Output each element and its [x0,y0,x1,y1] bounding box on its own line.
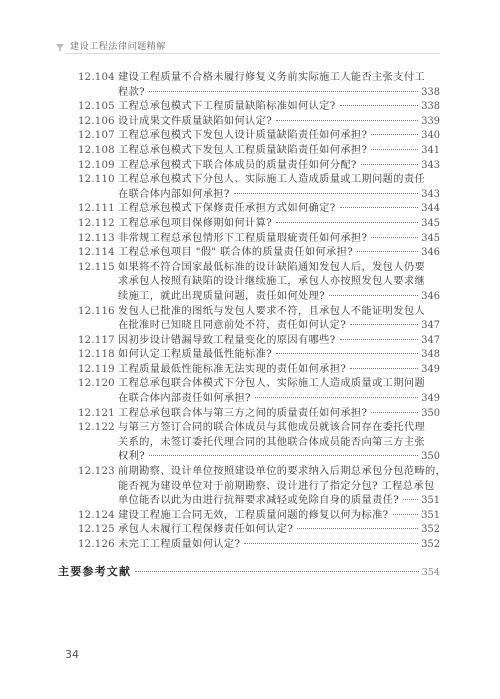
entry-title: 因初步设计错漏导致工程量变化的原因有哪些? [118,334,336,349]
header-rule [66,53,440,54]
section-number: 12.120 [78,377,118,392]
entry-title: 非常规工程总承包情形下工程质量瑕疵责任如何承担? [118,232,367,247]
dot-leader [371,411,418,413]
toc-line: 12.118如何认定工程质量最低性能标准?348 [78,348,440,363]
dot-leader [371,133,418,135]
toc-line: 12.109工程总承包模式下联合体成员的质量责任如何分配?343 [78,159,440,174]
entry-title: 与第三方签订合同的联合体成员与其他成员就该合同存在委托代理 [118,421,425,436]
toc-entry[interactable]: 12.111工程总承包模式下保修责任承担方式如何确定?344 [78,202,440,217]
toc-line: 在批准时已知晓且同意前处不符，责任如何认定?347 [78,319,440,334]
entry-title: 在联合体内部责任如何承担? [118,392,251,407]
toc-entry[interactable]: 12.119工程质量最低性能标准无法实现的责任如何承担?349 [78,363,440,378]
toc-line: 12.110工程总承包模式下分包人、实际施工人造成质量或工期问题的责任 [78,173,440,188]
page-ref: 352 [421,523,440,538]
triangle-stem [59,48,61,51]
dot-leader [149,454,418,456]
page-ref: 340 [421,129,440,144]
entry-title: 工程总承包模式下保修责任承担方式如何确定? [118,202,336,217]
dot-leader [276,352,418,354]
toc-line: 12.126未完工工程质量如何认定?352 [78,538,440,553]
toc-entry[interactable]: 12.121工程总承包联合体与第三方之间的质量责任如何承担?350 [78,407,440,422]
dot-leader [371,148,418,150]
dot-leader [329,294,418,296]
entry-title: 前期勘察、设计单位按照建设单位的要求纳入后期总承包分包范畴的， [118,465,446,480]
page-ref: 346 [421,290,440,305]
dot-leader [350,367,418,369]
section-number: 12.107 [78,129,118,144]
toc-entry[interactable]: 12.108工程总承包模式下发包人工程质量缺陷责任如何承担?341 [78,144,440,159]
section-number: 12.123 [78,465,118,480]
toc-line: 在联合体内部责任如何承担?349 [78,392,440,407]
page-ref: 346 [421,246,440,261]
toc-line: 单位能否以此为由进行抗辩要求减轻或免除自身的质量责任?351 [78,494,440,509]
dot-leader [350,323,418,325]
toc-entry[interactable]: 12.125承包人未履行工程保修责任如何认定?352 [78,523,440,538]
section-number: 12.110 [78,173,118,188]
section-number: 12.117 [78,334,118,349]
entry-title: 工程总承包模式下发包人设计质量缺陷责任如何承担? [118,129,367,144]
toc-line: 12.107工程总承包模式下发包人设计质量缺陷责任如何承担?340 [78,129,440,144]
entry-title: 工程总承包模式下发包人工程质量缺陷责任如何承担? [118,144,367,159]
entry-title: 工程总承包项目 "假" 联合体的质量责任如何承担? [118,246,353,261]
page-ref: 344 [421,202,440,217]
toc-entry[interactable]: 12.122与第三方签订合同的联合体成员与其他成员就该合同存在委托代理关系的，未… [78,421,440,465]
section-number: 12.118 [78,348,118,363]
toc-entry[interactable]: 12.105工程总承包模式下工程质量缺陷标准如何认定?338 [78,100,440,115]
toc-entry[interactable]: 12.104建设工程质量不合格未履行修复义务前实际施工人能否主张支付工程款?33… [78,71,440,100]
toc-line: 12.115如果将不符合国家最低标准的设计缺陷通知发包人后，发包人仍要 [78,261,440,276]
section-number: 12.126 [78,538,118,553]
entry-title: 设计成果文件质量缺陷如何认定? [118,115,272,130]
dot-leader [361,163,419,165]
toc-line: 权利?350 [78,450,440,465]
entry-title: 工程总承包模式下工程质量缺陷标准如何认定? [118,100,336,115]
entry-title: 发包人已批准的图纸与发包人要求不符，且承包人不能证明发包人 [118,305,425,320]
section-number: 12.125 [78,523,118,538]
toc-line: 12.104建设工程质量不合格未履行修复义务前实际施工人能否主张支付工 [78,71,440,86]
entry-title: 权利? [118,450,145,465]
toc-entry[interactable]: 12.120工程总承包联合体模式下分包人、实际施工人造成质量或工期问题在联合体内… [78,377,440,406]
toc-line: 12.113非常规工程总承包情形下工程质量瑕疵责任如何承担?345 [78,232,440,247]
toc-entry[interactable]: 12.124建设工程施工合同无效，工程质量问题的修复以何为标准?351 [78,509,440,524]
entry-title: 未完工工程质量如何认定? [118,538,240,553]
entry-title: 工程总承包联合体模式下分包人、实际施工人造成质量或工期问题 [118,377,425,392]
toc-line: 12.121工程总承包联合体与第三方之间的质量责任如何承担?350 [78,407,440,422]
book-title: 建设工程法律问题精解 [70,39,166,52]
section-number: 12.114 [78,246,118,261]
toc-line: 12.120工程总承包联合体模式下分包人、实际施工人造成质量或工期问题 [78,377,440,392]
references-title: 主要参考文献 [58,563,131,579]
toc-entry-references[interactable]: 主要参考文献 354 [58,563,440,579]
toc-entry[interactable]: 12.116发包人已批准的图纸与发包人要求不符，且承包人不能证明发包人在批准时已… [78,305,440,334]
entry-title: 续施工，就此出现质量问题，责任如何处理? [118,290,325,305]
running-header: 建设工程法律问题精解 [56,38,440,56]
toc-entry[interactable]: 12.117因初步设计错漏导致工程量变化的原因有哪些?347 [78,334,440,349]
section-number: 12.115 [78,261,118,276]
page-ref: 339 [421,115,440,130]
dot-leader [357,250,418,252]
page-ref: 345 [421,217,440,232]
entry-title: 在批准时已知晓且同意前处不符，责任如何认定? [118,319,346,334]
entry-title: 工程总承包联合体与第三方之间的质量责任如何承担? [118,407,367,422]
toc-line: 关系的，未签订委托代理合同的其他联合体成员能否向第三方主张 [78,436,440,451]
dot-leader [340,104,419,106]
toc-line: 程款?338 [78,86,440,101]
toc-entry[interactable]: 12.110工程总承包模式下分包人、实际施工人造成质量或工期问题的责任在联合体内… [78,173,440,202]
entry-title: 单位能否以此为由进行抗辩要求减轻或免除自身的质量责任? [118,494,399,509]
toc-entry[interactable]: 12.107工程总承包模式下发包人设计质量缺陷责任如何承担?340 [78,129,440,144]
entry-title: 关系的，未签订委托代理合同的其他联合体成员能否向第三方主张 [118,436,425,451]
section-number: 12.109 [78,159,118,174]
entry-title: 工程总承包项目保修期如何计算? [118,217,272,232]
dot-leader [340,338,419,340]
toc-line: 12.123前期勘察、设计单位按照建设单位的要求纳入后期总承包分包范畴的， [78,465,440,480]
toc-line: 续施工，就此出现质量问题，责任如何处理?346 [78,290,440,305]
toc-line: 12.114工程总承包项目 "假" 联合体的质量责任如何承担?346 [78,246,440,261]
toc-line: 12.106设计成果文件质量缺陷如何认定?339 [78,115,440,130]
toc-entry[interactable]: 12.106设计成果文件质量缺陷如何认定?339 [78,115,440,130]
table-of-contents: 12.104建设工程质量不合格未履行修复义务前实际施工人能否主张支付工程款?33… [78,71,440,553]
section-number: 12.111 [78,202,118,217]
page-ref: 351 [421,509,440,524]
toc-entry[interactable]: 12.123前期勘察、设计单位按照建设单位的要求纳入后期总承包分包范畴的，能否视… [78,465,440,509]
section-number: 12.104 [78,71,118,86]
section-number: 12.122 [78,421,118,436]
page-ref: 349 [421,363,440,378]
page-ref: 347 [421,334,440,349]
toc-line: 12.112工程总承包项目保修期如何计算?345 [78,217,440,232]
page-ref: 338 [421,100,440,115]
toc-line: 12.105工程总承包模式下工程质量缺陷标准如何认定?338 [78,100,440,115]
dot-leader [276,221,418,223]
page-ref: 351 [421,494,440,509]
section-number: 12.124 [78,509,118,524]
section-number: 12.105 [78,100,118,115]
entry-title: 建设工程施工合同无效，工程质量问题的修复以何为标准? [118,509,389,524]
dot-leader [255,396,418,398]
dot-leader [393,513,419,515]
page-ref: 350 [421,407,440,422]
entry-title: 求承包人按照有缺陷的设计继续施工，承包人亦按照发包人要求继 [118,275,425,290]
dot-leader [149,90,418,92]
page-ref: 341 [421,144,440,159]
toc-line: 12.108工程总承包模式下发包人工程质量缺陷责任如何承担?341 [78,144,440,159]
entry-title: 能否视为建设单位对于前期勘察、设计进行了指定分包? 工程总承包 [118,480,435,495]
entry-title: 建设工程质量不合格未履行修复义务前实际施工人能否主张支付工 [118,71,425,86]
entry-title: 如何认定工程质量最低性能标准? [118,348,272,363]
section-number: 12.119 [78,363,118,378]
references-page: 354 [422,567,440,578]
section-number: 12.116 [78,305,118,320]
toc-line: 12.116发包人已批准的图纸与发包人要求不符，且承包人不能证明发包人 [78,305,440,320]
toc-line: 求承包人按照有缺陷的设计继续施工，承包人亦按照发包人要求继 [78,275,440,290]
toc-line: 12.117因初步设计错漏导致工程量变化的原因有哪些?347 [78,334,440,349]
entry-title: 工程总承包模式下分包人、实际施工人造成质量或工期问题的责任 [118,173,425,188]
page-ref: 343 [421,188,440,203]
section-number: 12.121 [78,407,118,422]
section-number: 12.106 [78,115,118,130]
dot-leader [371,236,418,238]
entry-title: 工程质量最低性能标准无法实现的责任如何承担? [118,363,346,378]
entry-title: 承包人未履行工程保修责任如何认定? [118,523,293,538]
section-number: 12.113 [78,232,118,247]
entry-title: 如果将不符合国家最低标准的设计缺陷通知发包人后，发包人仍要 [118,261,425,276]
toc-entry[interactable]: 12.113非常规工程总承包情形下工程质量瑕疵责任如何承担?345 [78,232,440,247]
page-ref: 347 [421,319,440,334]
dot-leader [234,192,419,194]
dot-leader [276,119,418,121]
toc-entry[interactable]: 12.114工程总承包项目 "假" 联合体的质量责任如何承担?346 [78,246,440,261]
page-ref: 348 [421,348,440,363]
page-ref: 349 [421,392,440,407]
toc-entry[interactable]: 12.126未完工工程质量如何认定?352 [78,538,440,553]
toc-entry[interactable]: 12.109工程总承包模式下联合体成员的质量责任如何分配?343 [78,159,440,174]
dot-leader [135,570,418,572]
toc-line: 在联合体内部如何承担?343 [78,188,440,203]
toc-entry[interactable]: 12.115如果将不符合国家最低标准的设计缺陷通知发包人后，发包人仍要求承包人按… [78,261,440,305]
page-ref: 345 [421,232,440,247]
toc-entry[interactable]: 12.112工程总承包项目保修期如何计算?345 [78,217,440,232]
page-ref: 350 [421,450,440,465]
toc-line: 12.124建设工程施工合同无效，工程质量问题的修复以何为标准?351 [78,509,440,524]
section-number: 12.112 [78,217,118,232]
dot-leader [244,542,418,544]
entry-title: 在联合体内部如何承担? [118,188,230,203]
entry-title: 程款? [118,86,145,101]
dot-leader [403,498,418,500]
dot-leader [297,527,418,529]
toc-line: 12.111工程总承包模式下保修责任承担方式如何确定?344 [78,202,440,217]
toc-line: 12.122与第三方签订合同的联合体成员与其他成员就该合同存在委托代理 [78,421,440,436]
toc-entry[interactable]: 12.118如何认定工程质量最低性能标准?348 [78,348,440,363]
toc-line: 12.119工程质量最低性能标准无法实现的责任如何承担?349 [78,363,440,378]
dot-leader [340,206,419,208]
entry-title: 工程总承包模式下联合体成员的质量责任如何分配? [118,159,357,174]
page-ref: 352 [421,538,440,553]
toc-line: 能否视为建设单位对于前期勘察、设计进行了指定分包? 工程总承包 [78,480,440,495]
toc-line: 12.125承包人未履行工程保修责任如何认定?352 [78,523,440,538]
page-ref: 343 [421,159,440,174]
section-number: 12.108 [78,144,118,159]
page-number: 34 [65,648,79,661]
page-ref: 338 [421,86,440,101]
